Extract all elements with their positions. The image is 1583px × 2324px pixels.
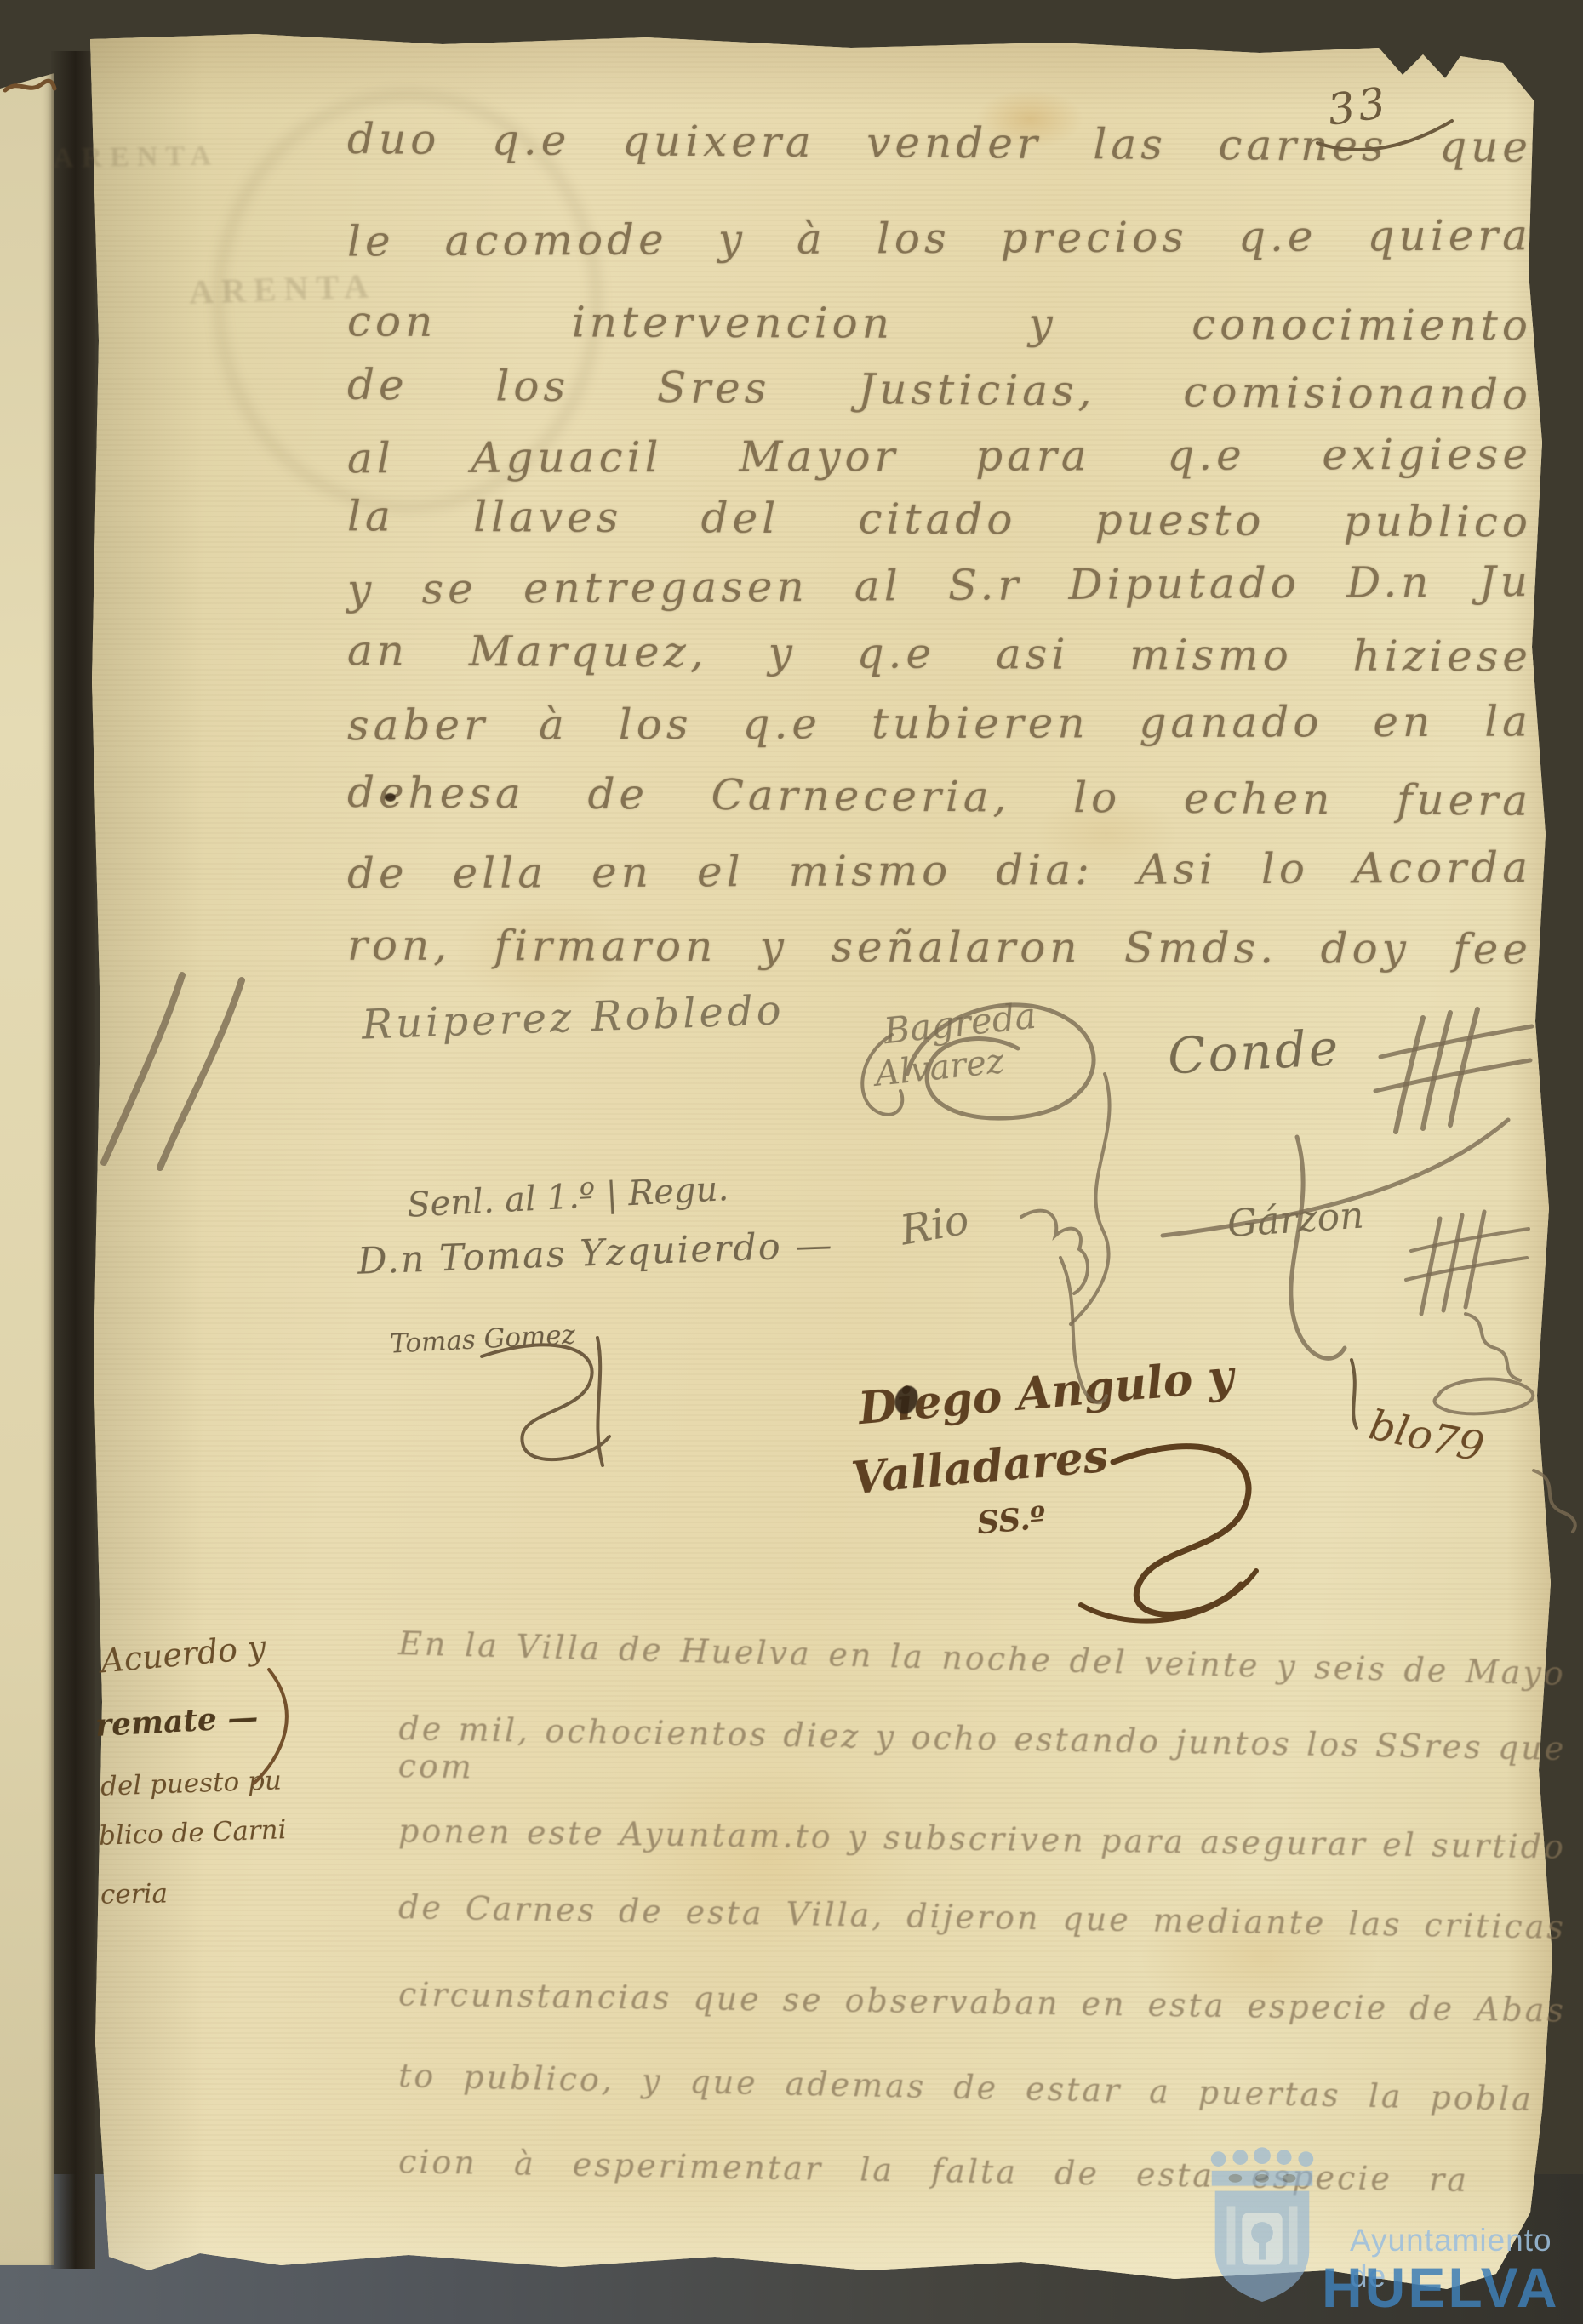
rubric-conde-crosshatch [1450,1009,1477,1125]
rubric-garzon-crosshatch [1421,1219,1440,1314]
rubric-garzon-squiggle [1466,1314,1520,1380]
rubric-tomas-gomez [597,1338,603,1465]
rubric-conde-crosshatch [1380,1026,1532,1057]
margin-note-flourish [254,1670,287,1784]
previous-page-ink-scribble [5,81,54,90]
rubric-garzon-crosshatch [1411,1229,1529,1251]
rubric-conde-crosshatch [1375,1060,1530,1091]
rubric-ruiperez-flourish [907,1005,1094,1118]
rubric-rio-flourish [1021,1211,1088,1293]
side-j-mark [1352,1360,1357,1428]
rubric-garzon-crosshatch [1406,1258,1527,1280]
watermark-text-large: HUELVA [1322,2255,1560,2320]
rubric-conde-crosshatch [1396,1018,1423,1132]
edge-squiggle-mark [1534,1470,1575,1532]
rubric-conde-crosshatch [1423,1013,1450,1128]
rubric-garzon-crosshatch [1466,1212,1484,1307]
rubric-garzon-oval [1435,1379,1534,1414]
rubric-rio-tail [1060,1258,1106,1402]
rubric-conde-pendant [1291,1137,1345,1358]
folio-underline-flourish [1317,121,1452,150]
rubric-conde-tail [1163,1120,1508,1236]
rubrics-overlay [0,0,1583,2324]
rubric-diego-angulo [1113,1447,1249,1615]
rubric-bagreda-descender [1071,1074,1110,1324]
huelva-coat-of-arms-watermark-icon [1195,2146,1329,2316]
rubric-bagreda-flourish [862,1035,902,1115]
rubric-tomas-gomez [482,1345,609,1459]
rubric-garzon-crosshatch [1443,1215,1462,1310]
double-slash-mark [104,975,182,1162]
scanned-manuscript-page: { "page": { "folio_number": "33" }, "col… [0,0,1583,2324]
